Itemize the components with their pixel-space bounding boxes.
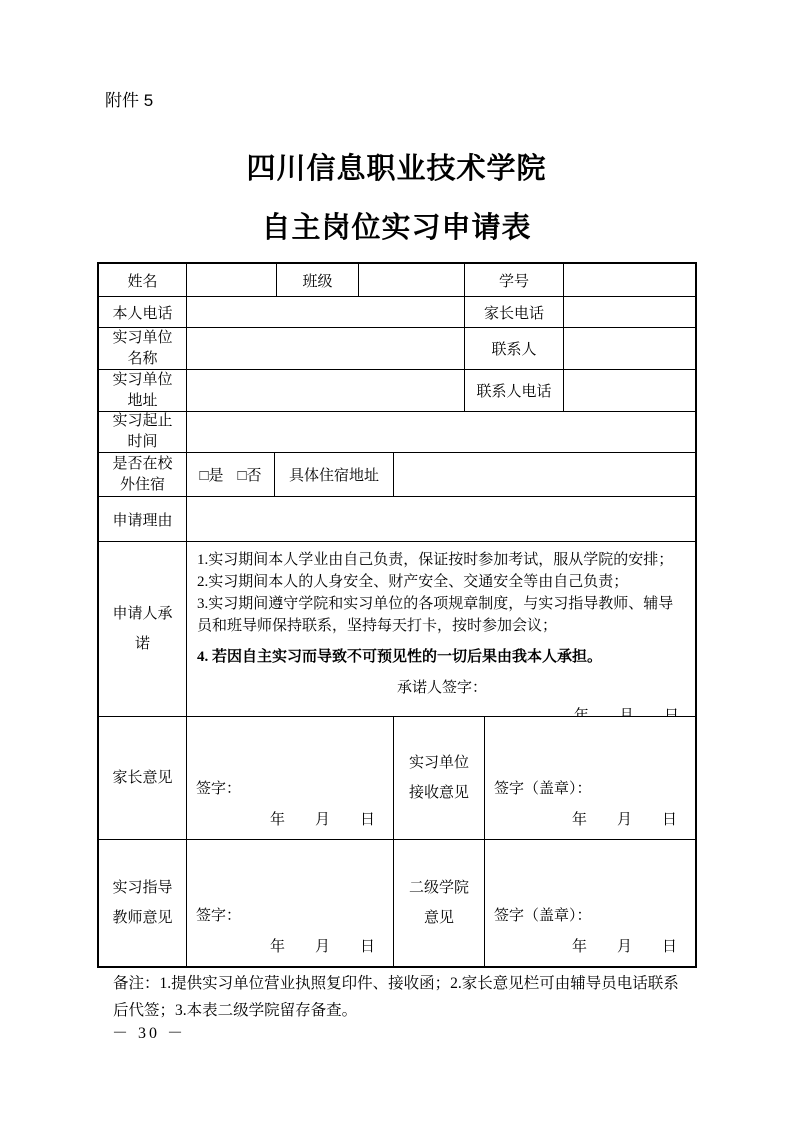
company-sign-label: 签字（盖章）： (494, 777, 687, 798)
form-note: 备注：1.提供实习单位营业执照复印件、接收函；2.家长意见栏可由辅导员电话联系后… (113, 971, 691, 1024)
row-period: 实习起止 时间 (99, 412, 695, 453)
commitment-item-4: 4. 若因自主实习而导致不可预见性的一切后果由我本人承担。 (197, 646, 687, 668)
student-id-input-cell[interactable] (564, 264, 695, 296)
lodging-address-label: 具体住宿地址 (275, 453, 394, 496)
personal-phone-label: 本人电话 (99, 297, 187, 327)
lodging-label: 是否在校 外住宿 (99, 453, 187, 496)
checkbox-yes[interactable]: □是 (199, 464, 223, 485)
row-company-name: 实习单位 名称 联系人 (99, 328, 695, 370)
row-phones: 本人电话 家长电话 (99, 297, 695, 328)
company-name-label: 实习单位 名称 (99, 328, 187, 369)
commitment-signer-label[interactable]: 承诺人签字： (197, 677, 687, 699)
college-opinion-sign-cell[interactable]: 签字（盖章）： 年 月 日 (485, 840, 695, 966)
application-form-table: 姓名 班级 学号 本人电话 家长电话 实习单位 名称 联系人 实习单位 地址 联… (97, 262, 697, 968)
parent-opinion-sign-cell[interactable]: 签字： 年 月 日 (187, 717, 394, 839)
company-name-input-cell[interactable] (187, 328, 465, 369)
teacher-opinion-label: 实习指导 教师意见 (99, 840, 187, 966)
contact-label: 联系人 (465, 328, 564, 369)
commitment-item-3: 3.实习期间遵守学院和实习单位的各项规章制度，与实习指导教师、辅导员和班导师保持… (197, 593, 687, 637)
name-input-cell[interactable] (187, 264, 277, 296)
row-teacher-opinion: 实习指导 教师意见 签字： 年 月 日 二级学院 意见 签字（盖章）： 年 月 … (99, 840, 695, 966)
period-input-cell[interactable] (187, 412, 695, 452)
parent-opinion-label: 家长意见 (99, 717, 187, 839)
commitment-content-cell: 1.实习期间本人学业由自己负责，保证按时参加考试，服从学院的安排； 2.实习期间… (187, 542, 695, 716)
parent-sign-label: 签字： (196, 777, 385, 798)
class-label: 班级 (277, 264, 359, 296)
teacher-date-label: 年 月 日 (196, 935, 385, 956)
company-opinion-label: 实习单位 接收意见 (394, 717, 485, 839)
checkbox-no[interactable]: □否 (238, 464, 262, 485)
commitment-item-2: 2.实习期间本人的人身安全、财产安全、交通安全等由自己负责； (197, 571, 687, 593)
page-title-line1: 四川信息职业技术学院 (0, 146, 793, 187)
attachment-label: 附件 5 (105, 86, 153, 111)
company-date-label: 年 月 日 (494, 808, 687, 829)
company-address-input-cell[interactable] (187, 370, 465, 411)
period-label: 实习起止 时间 (99, 412, 187, 452)
personal-phone-input-cell[interactable] (187, 297, 465, 327)
reason-label: 申请理由 (99, 497, 187, 541)
row-parent-opinion: 家长意见 签字： 年 月 日 实习单位 接收意见 签字（盖章）： 年 月 日 (99, 717, 695, 840)
lodging-address-input-cell[interactable] (394, 453, 695, 496)
page-title-line2: 自主岗位实习申请表 (0, 205, 793, 246)
contact-phone-input-cell[interactable] (564, 370, 695, 411)
teacher-sign-label: 签字： (196, 904, 385, 925)
parent-date-label: 年 月 日 (196, 808, 385, 829)
company-opinion-sign-cell[interactable]: 签字（盖章）： 年 月 日 (485, 717, 695, 839)
row-lodging: 是否在校 外住宿 □是 □否 具体住宿地址 (99, 453, 695, 497)
college-opinion-label: 二级学院 意见 (394, 840, 485, 966)
teacher-opinion-sign-cell[interactable]: 签字： 年 月 日 (187, 840, 394, 966)
parent-phone-input-cell[interactable] (564, 297, 695, 327)
contact-input-cell[interactable] (564, 328, 695, 369)
contact-phone-label: 联系人电话 (465, 370, 564, 411)
page-number: － 30 － (112, 1020, 186, 1043)
student-id-label: 学号 (465, 264, 564, 296)
company-address-label: 实习单位 地址 (99, 370, 187, 411)
row-company-address: 实习单位 地址 联系人电话 (99, 370, 695, 412)
parent-phone-label: 家长电话 (465, 297, 564, 327)
commitment-label: 申请人承 诺 (99, 542, 187, 716)
commitment-item-1: 1.实习期间本人学业由自己负责，保证按时参加考试，服从学院的安排； (197, 549, 687, 571)
college-date-label: 年 月 日 (494, 935, 687, 956)
row-commitment: 申请人承 诺 1.实习期间本人学业由自己负责，保证按时参加考试，服从学院的安排；… (99, 542, 695, 717)
college-sign-label: 签字（盖章）： (494, 904, 687, 925)
row-reason: 申请理由 (99, 497, 695, 542)
reason-input-cell[interactable] (187, 497, 695, 541)
row-basic-identity: 姓名 班级 学号 (99, 264, 695, 297)
document-page: 附件 5 四川信息职业技术学院 自主岗位实习申请表 姓名 班级 学号 本人电话 … (0, 0, 793, 1122)
name-label: 姓名 (99, 264, 187, 296)
class-input-cell[interactable] (359, 264, 465, 296)
commitment-date-label: 年 月 日 (197, 705, 687, 716)
lodging-choice-cell: □是 □否 (187, 453, 275, 496)
